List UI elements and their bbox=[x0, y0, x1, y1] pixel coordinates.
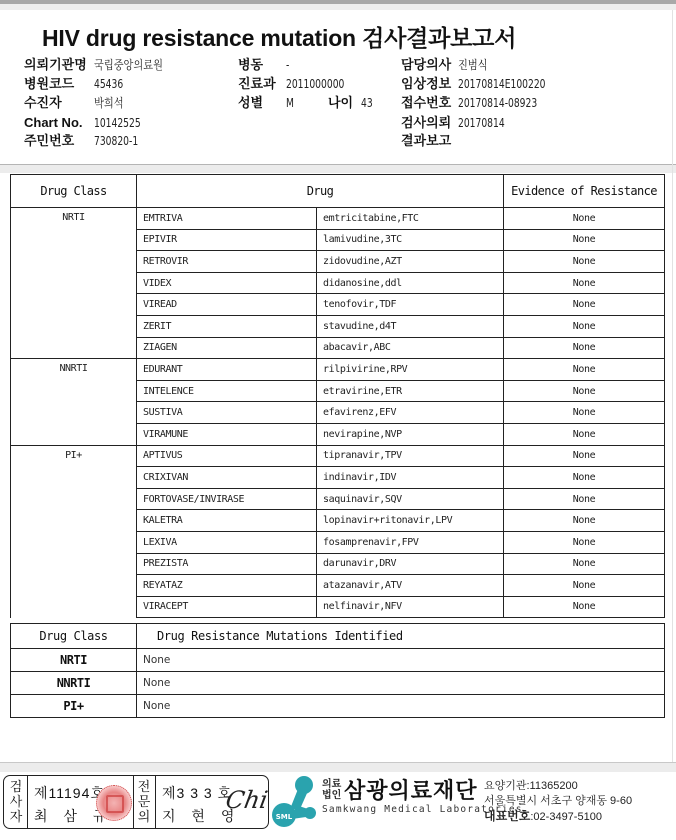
drug-row: NNRTIEDURANTrilpivirine,RPVNone bbox=[11, 359, 665, 381]
drug-generic: emtricitabine,FTC bbox=[317, 208, 504, 230]
examiner-role: 검사자 bbox=[6, 779, 26, 824]
address: 서울특별시 서초구 양재동 9-60 bbox=[484, 794, 632, 809]
drug-brand: EPIVIR bbox=[137, 229, 317, 251]
drug-generic: darunavir,DRV bbox=[317, 553, 504, 575]
drug-brand: APTIVUS bbox=[137, 445, 317, 467]
drug-brand: INTELENCE bbox=[137, 380, 317, 402]
mutation-value: None bbox=[137, 672, 665, 695]
mutation-class: NNRTI bbox=[11, 672, 137, 695]
info-label: Chart No. bbox=[24, 115, 94, 131]
resistance-table: Drug Class Drug Evidence of Resistance N… bbox=[10, 174, 665, 618]
info-value: 2011000000 bbox=[286, 76, 344, 92]
mutations-table-header: Drug Class Drug Resistance Mutations Ide… bbox=[11, 624, 665, 649]
drug-evidence: None bbox=[504, 380, 665, 402]
specialist-role-text: 전문의 bbox=[138, 779, 151, 824]
mutation-value: None bbox=[137, 649, 665, 672]
info-value: 국립중앙의료원 bbox=[94, 57, 163, 73]
mutation-value: None bbox=[137, 695, 665, 718]
drug-generic: lamivudine,3TC bbox=[317, 229, 504, 251]
sml-logo-icon: SML bbox=[270, 775, 318, 827]
drug-row: PI+APTIVUStipranavir,TPVNone bbox=[11, 445, 665, 467]
info-field: 진료과2011000000 bbox=[238, 76, 355, 92]
mutation-class: NRTI bbox=[11, 649, 137, 672]
mutation-class: PI+ bbox=[11, 695, 137, 718]
phone-number: :02-3497-5100 bbox=[530, 811, 602, 823]
drug-evidence: None bbox=[504, 445, 665, 467]
institution-code: 요양기관:11365200 bbox=[484, 779, 632, 794]
info-label: 진료과 bbox=[238, 76, 286, 92]
info-field: Chart No.10142525 bbox=[24, 115, 149, 131]
info-field: 수진자박희석 bbox=[24, 95, 129, 111]
info-value: M bbox=[286, 95, 294, 111]
drug-brand: VIRAMUNE bbox=[137, 423, 317, 445]
drug-generic: tenofovir,TDF bbox=[317, 294, 504, 316]
drug-brand: SUSTIVA bbox=[137, 402, 317, 424]
info-value: 45436 bbox=[94, 76, 123, 92]
info-value: 20170814 bbox=[458, 115, 505, 131]
info-value: 20170814-08923 bbox=[458, 95, 537, 111]
drug-evidence: None bbox=[504, 229, 665, 251]
info-value: 진범식 bbox=[458, 57, 488, 73]
info-label: 검사의뢰 bbox=[401, 115, 458, 131]
seal-stamp-icon bbox=[96, 785, 132, 821]
drug-brand: VIDEX bbox=[137, 272, 317, 294]
mutation-row: PI+ None bbox=[11, 695, 665, 718]
drug-brand: PREZISTA bbox=[137, 553, 317, 575]
drug-evidence: None bbox=[504, 402, 665, 424]
info-label: 담당의사 bbox=[401, 57, 458, 73]
page-separator-footer bbox=[0, 762, 676, 772]
header-drug-class: Drug Class bbox=[11, 624, 137, 649]
header-mutations: Drug Resistance Mutations Identified bbox=[137, 624, 665, 649]
drug-brand: RETROVIR bbox=[137, 251, 317, 273]
header-drug: Drug bbox=[137, 175, 504, 208]
drug-generic: rilpivirine,RPV bbox=[317, 359, 504, 381]
signature-box: 검사자 제11194호 최 삼 규 전문의 제3 3 3 호 지 현 영 Chi bbox=[3, 775, 269, 829]
divider bbox=[155, 776, 156, 828]
drug-evidence: None bbox=[504, 467, 665, 489]
drug-evidence: None bbox=[504, 423, 665, 445]
info-value: 43 bbox=[361, 95, 373, 111]
info-field: 주민번호730820-1 bbox=[24, 133, 146, 149]
drug-evidence: None bbox=[504, 315, 665, 337]
drug-evidence: None bbox=[504, 272, 665, 294]
drug-brand: ZIAGEN bbox=[137, 337, 317, 359]
drug-generic: fosamprenavir,FPV bbox=[317, 531, 504, 553]
info-label: 의뢰기관명 bbox=[24, 57, 94, 73]
info-label: 수진자 bbox=[24, 95, 94, 111]
drug-generic: indinavir,IDV bbox=[317, 467, 504, 489]
drug-evidence: None bbox=[504, 294, 665, 316]
svg-text:SML: SML bbox=[276, 813, 293, 821]
header-evidence: Evidence of Resistance bbox=[504, 175, 665, 208]
drug-evidence: None bbox=[504, 510, 665, 532]
info-value: 박희석 bbox=[94, 95, 124, 111]
signature-mark: Chi bbox=[224, 786, 270, 814]
info-field: 병동- bbox=[238, 57, 290, 73]
drug-evidence: None bbox=[504, 359, 665, 381]
header-drug-class: Drug Class bbox=[11, 175, 137, 208]
mutations-table: Drug Class Drug Resistance Mutations Ide… bbox=[10, 623, 665, 718]
drug-evidence: None bbox=[504, 208, 665, 230]
drug-brand: EDURANT bbox=[137, 359, 317, 381]
drug-generic: atazanavir,ATV bbox=[317, 575, 504, 597]
drug-generic: didanosine,ddl bbox=[317, 272, 504, 294]
info-label: 주민번호 bbox=[24, 133, 94, 149]
drug-class-cell: NRTI bbox=[11, 208, 137, 359]
logo-prefix: 의료법인 bbox=[322, 779, 344, 801]
drug-generic: zidovudine,AZT bbox=[317, 251, 504, 273]
page-separator bbox=[0, 164, 676, 173]
drug-evidence: None bbox=[504, 575, 665, 597]
page-top-band bbox=[0, 4, 676, 10]
info-label: 접수번호 bbox=[401, 95, 458, 111]
phone: 대표번호:02-3497-5100 bbox=[484, 809, 632, 825]
drug-generic: stavudine,d4T bbox=[317, 315, 504, 337]
info-label: 나이 bbox=[328, 95, 361, 111]
phone-label: 대표번호 bbox=[484, 809, 530, 823]
drug-generic: nelfinavir,NFV bbox=[317, 596, 504, 618]
mutation-row: NNRTI None bbox=[11, 672, 665, 695]
info-field: 병원코드45436 bbox=[24, 76, 128, 92]
report-title: HIV drug resistance mutation 검사결과보고서 bbox=[42, 20, 516, 53]
info-field: 결과보고 bbox=[401, 133, 458, 149]
info-label: 병동 bbox=[238, 57, 286, 73]
drug-evidence: None bbox=[504, 531, 665, 553]
drug-brand: ZERIT bbox=[137, 315, 317, 337]
resistance-table-header: Drug Class Drug Evidence of Resistance bbox=[11, 175, 665, 208]
drug-generic: lopinavir+ritonavir,LPV bbox=[317, 510, 504, 532]
drug-generic: efavirenz,EFV bbox=[317, 402, 504, 424]
drug-evidence: None bbox=[504, 596, 665, 618]
info-field-age: 나이43 bbox=[328, 95, 375, 111]
drug-generic: etravirine,ETR bbox=[317, 380, 504, 402]
drug-evidence: None bbox=[504, 553, 665, 575]
drug-evidence: None bbox=[504, 488, 665, 510]
info-label: 병원코드 bbox=[24, 76, 94, 92]
drug-brand: VIREAD bbox=[137, 294, 317, 316]
info-value: - bbox=[286, 57, 289, 73]
drug-brand: EMTRIVA bbox=[137, 208, 317, 230]
drug-brand: KALETRA bbox=[137, 510, 317, 532]
mutation-row: NRTI None bbox=[11, 649, 665, 672]
info-field: 검사의뢰20170814 bbox=[401, 115, 513, 131]
info-value: 10142525 bbox=[94, 115, 141, 131]
info-value: 730820-1 bbox=[94, 133, 138, 149]
examiner-role-text: 검사자 bbox=[10, 779, 23, 824]
info-label: 임상정보 bbox=[401, 76, 458, 92]
info-field: 의뢰기관명국립중앙의료원 bbox=[24, 57, 175, 73]
drug-class-cell: PI+ bbox=[11, 445, 137, 618]
drug-generic: abacavir,ABC bbox=[317, 337, 504, 359]
logo-name: 삼광의료재단 bbox=[344, 774, 478, 805]
info-field: 임상정보20170814E100220 bbox=[401, 76, 561, 92]
specialist-role: 전문의 bbox=[134, 779, 154, 824]
page-right-edge bbox=[672, 10, 673, 762]
drug-brand: FORTOVASE/INVIRASE bbox=[137, 488, 317, 510]
drug-brand: REYATAZ bbox=[137, 575, 317, 597]
info-field: 담당의사진범식 bbox=[401, 57, 493, 73]
specialist-license: 제3 3 3 호 bbox=[162, 783, 232, 803]
drug-brand: CRIXIVAN bbox=[137, 467, 317, 489]
info-label: 결과보고 bbox=[401, 133, 458, 149]
drug-class-cell: NNRTI bbox=[11, 359, 137, 445]
drug-row: NRTIEMTRIVAemtricitabine,FTCNone bbox=[11, 208, 665, 230]
drug-generic: nevirapine,NVP bbox=[317, 423, 504, 445]
contact-info: 요양기관:11365200 서울특별시 서초구 양재동 9-60 대표번호:02… bbox=[484, 779, 632, 825]
examiner-license: 제11194호 bbox=[34, 783, 105, 803]
divider bbox=[27, 776, 28, 828]
info-value: 20170814E100220 bbox=[458, 76, 546, 92]
info-field: 접수번호20170814-08923 bbox=[401, 95, 551, 111]
drug-generic: tipranavir,TPV bbox=[317, 445, 504, 467]
drug-evidence: None bbox=[504, 337, 665, 359]
drug-evidence: None bbox=[504, 251, 665, 273]
info-label: 성별 bbox=[238, 95, 286, 111]
drug-brand: VIRACEPT bbox=[137, 596, 317, 618]
info-field: 성별M bbox=[238, 95, 295, 111]
drug-brand: LEXIVA bbox=[137, 531, 317, 553]
drug-generic: saquinavir,SQV bbox=[317, 488, 504, 510]
